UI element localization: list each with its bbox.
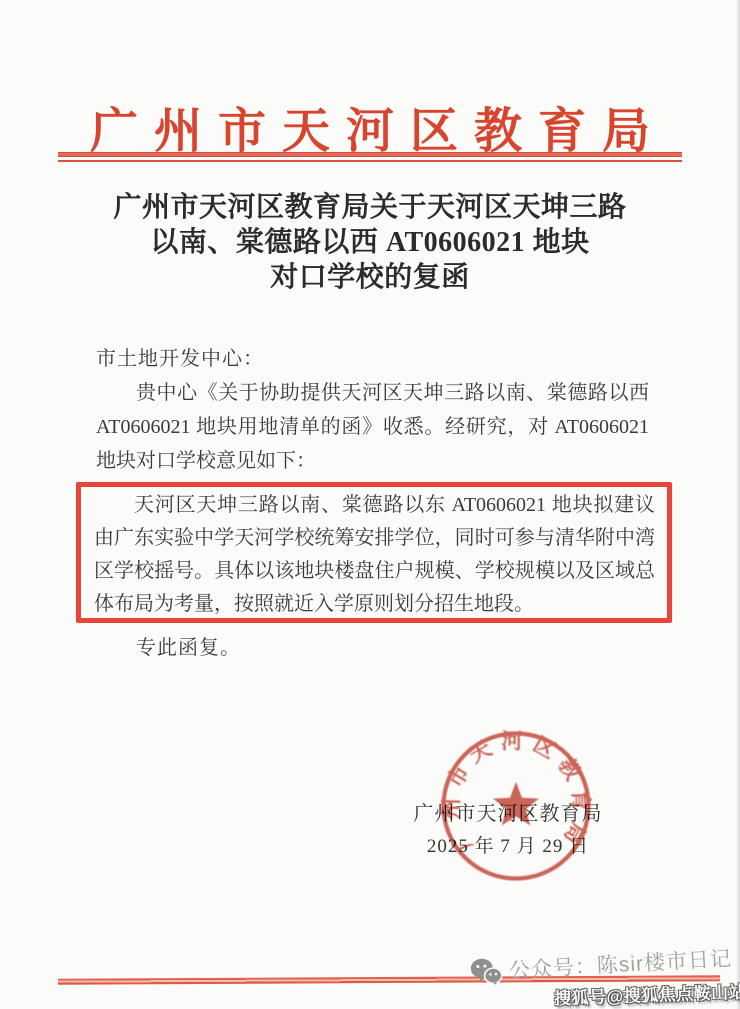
document-title-line-3: 对口学校的复函 [0, 260, 740, 295]
body-paragraph-line-2: AT0606021 地块用地清单的函》收悉。经研究，对 AT0606021 [96, 410, 649, 444]
highlight-line-4: 体布局为考量，按照就近入学原则划分招生地段。 [94, 588, 655, 621]
document-title: 广州市天河区教育局关于天河区天坤三路 以南、棠德路以西 AT0606021 地块… [0, 190, 740, 295]
official-seal: 广州市天河区教育局 [433, 727, 599, 885]
highlight-line-3: 区学校摇号。具体以该地块楼盘住户规模、学校规模以及区域总 [94, 555, 655, 588]
document-page: 广州市天河区教育局 广州市天河区教育局关于天河区天坤三路 以南、棠德路以西 AT… [0, 0, 740, 1009]
highlight-line-1: 天河区天坤三路以南、棠德路以东 AT0606021 地块拟建议 [94, 489, 655, 522]
document-title-line-2: 以南、棠德路以西 AT0606021 地块 [0, 225, 740, 260]
letterhead-divider-thick [58, 152, 682, 157]
red-star-icon [493, 782, 539, 826]
body-paragraph-line-1: 贵中心《关于协助提供天河区天坤三路以南、棠德路以西 [96, 376, 649, 410]
highlight-line-2: 由广东实验中学天河学校统筹安排学位，同时可参与清华附中湾 [94, 522, 655, 555]
letterhead-divider-thin [58, 160, 682, 162]
highlight-box: 天河区天坤三路以南、棠德路以东 AT0606021 地块拟建议 由广东实验中学天… [76, 482, 672, 623]
document-title-line-1: 广州市天河区教育局关于天河区天坤三路 [0, 190, 740, 225]
body-paragraph: 贵中心《关于协助提供天河区天坤三路以南、棠德路以西 AT0606021 地块用地… [96, 376, 649, 478]
salutation: 市土地开发中心： [96, 342, 264, 371]
body-paragraph-line-3: 地块对口学校意见如下： [96, 444, 649, 478]
wechat-icon [469, 956, 503, 987]
closing-phrase: 专此函复。 [96, 631, 241, 660]
letterhead-org-name: 广州市天河区教育局 [0, 92, 740, 161]
watermark: 搜狐号@搜狐焦点鞍山站 [554, 978, 740, 1009]
